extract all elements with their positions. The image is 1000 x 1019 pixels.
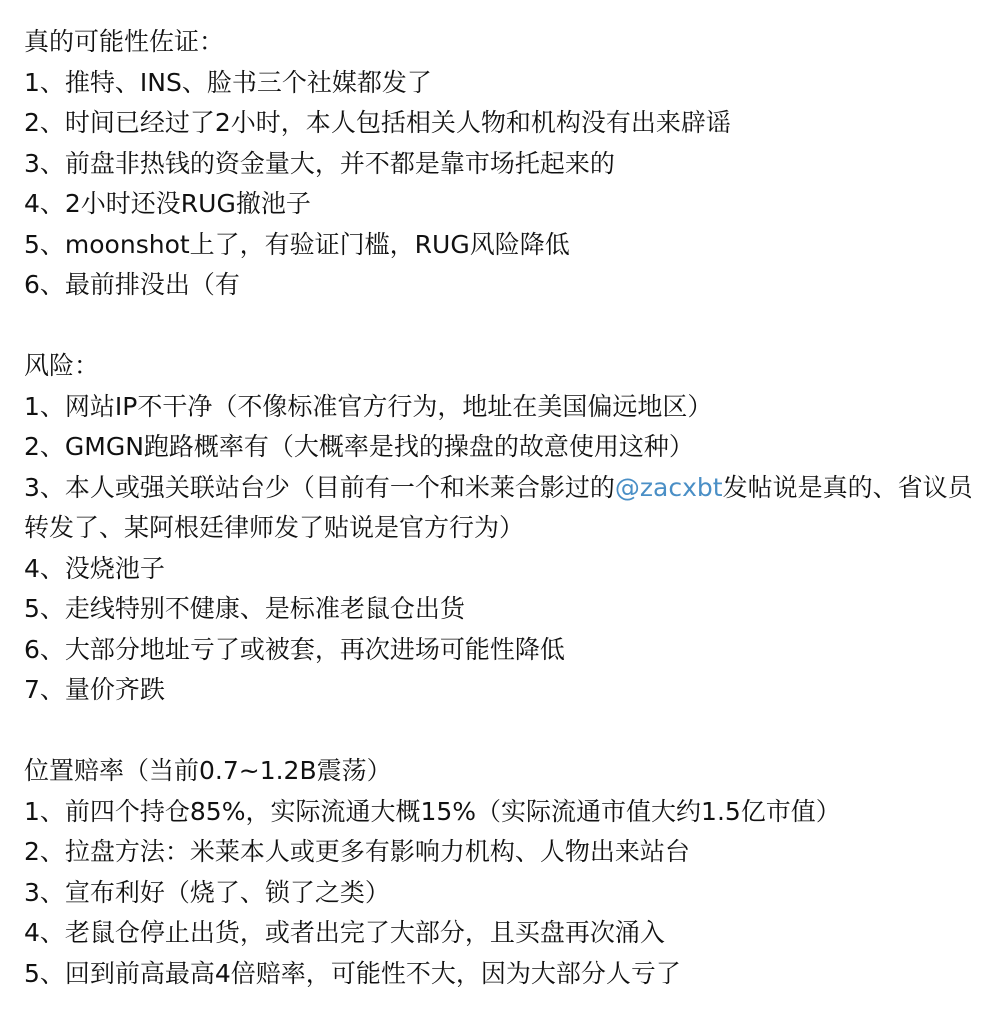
risk-item: 2、GMGN跑路概率有（大概率是找的操盘的故意使用这种） [24, 427, 980, 468]
document-body: 真的可能性佐证： 1、推特、INS、脸书三个社媒都发了 2、时间已经过了2小时，… [24, 22, 980, 994]
odds-item: 2、拉盘方法：米莱本人或更多有影响力机构、人物出来站台 [24, 832, 980, 873]
section-heading-risks: 风险： [24, 346, 980, 387]
risk-item-text: 3、本人或强关联站台少（目前有一个和米莱合影过的 [24, 473, 615, 502]
odds-item: 3、宣布利好（烧了、锁了之类） [24, 873, 980, 914]
risk-item: 4、没烧池子 [24, 549, 980, 590]
odds-item: 5、回到前高最高4倍赔率，可能性不大，因为大部分人亏了 [24, 954, 980, 995]
evidence-item: 4、2小时还没RUG撤池子 [24, 184, 980, 225]
spacer [24, 711, 980, 752]
risk-item: 5、走线特别不健康、是标准老鼠仓出货 [24, 589, 980, 630]
section-heading-evidence: 真的可能性佐证： [24, 22, 980, 63]
evidence-item: 2、时间已经过了2小时，本人包括相关人物和机构没有出来辟谣 [24, 103, 980, 144]
evidence-item: 5、moonshot上了，有验证门槛，RUG风险降低 [24, 225, 980, 266]
evidence-item: 6、最前排没出（有 [24, 265, 980, 306]
risk-item: 6、大部分地址亏了或被套，再次进场可能性降低 [24, 630, 980, 671]
risk-item: 1、网站IP不干净（不像标准官方行为，地址在美国偏远地区） [24, 387, 980, 428]
section-heading-odds: 位置赔率（当前0.7~1.2B震荡） [24, 751, 980, 792]
mention-link[interactable]: @zacxbt [615, 473, 723, 502]
odds-item: 1、前四个持仓85%，实际流通大概15%（实际流通市值大约1.5亿市值） [24, 792, 980, 833]
odds-item: 4、老鼠仓停止出货，或者出完了大部分，且买盘再次涌入 [24, 913, 980, 954]
risk-item: 3、本人或强关联站台少（目前有一个和米莱合影过的@zacxbt发帖说是真的、省议… [24, 468, 984, 549]
evidence-item: 3、前盘非热钱的资金量大，并不都是靠市场托起来的 [24, 144, 980, 185]
risk-item: 7、量价齐跌 [24, 670, 980, 711]
spacer [24, 306, 980, 347]
evidence-item: 1、推特、INS、脸书三个社媒都发了 [24, 63, 980, 104]
